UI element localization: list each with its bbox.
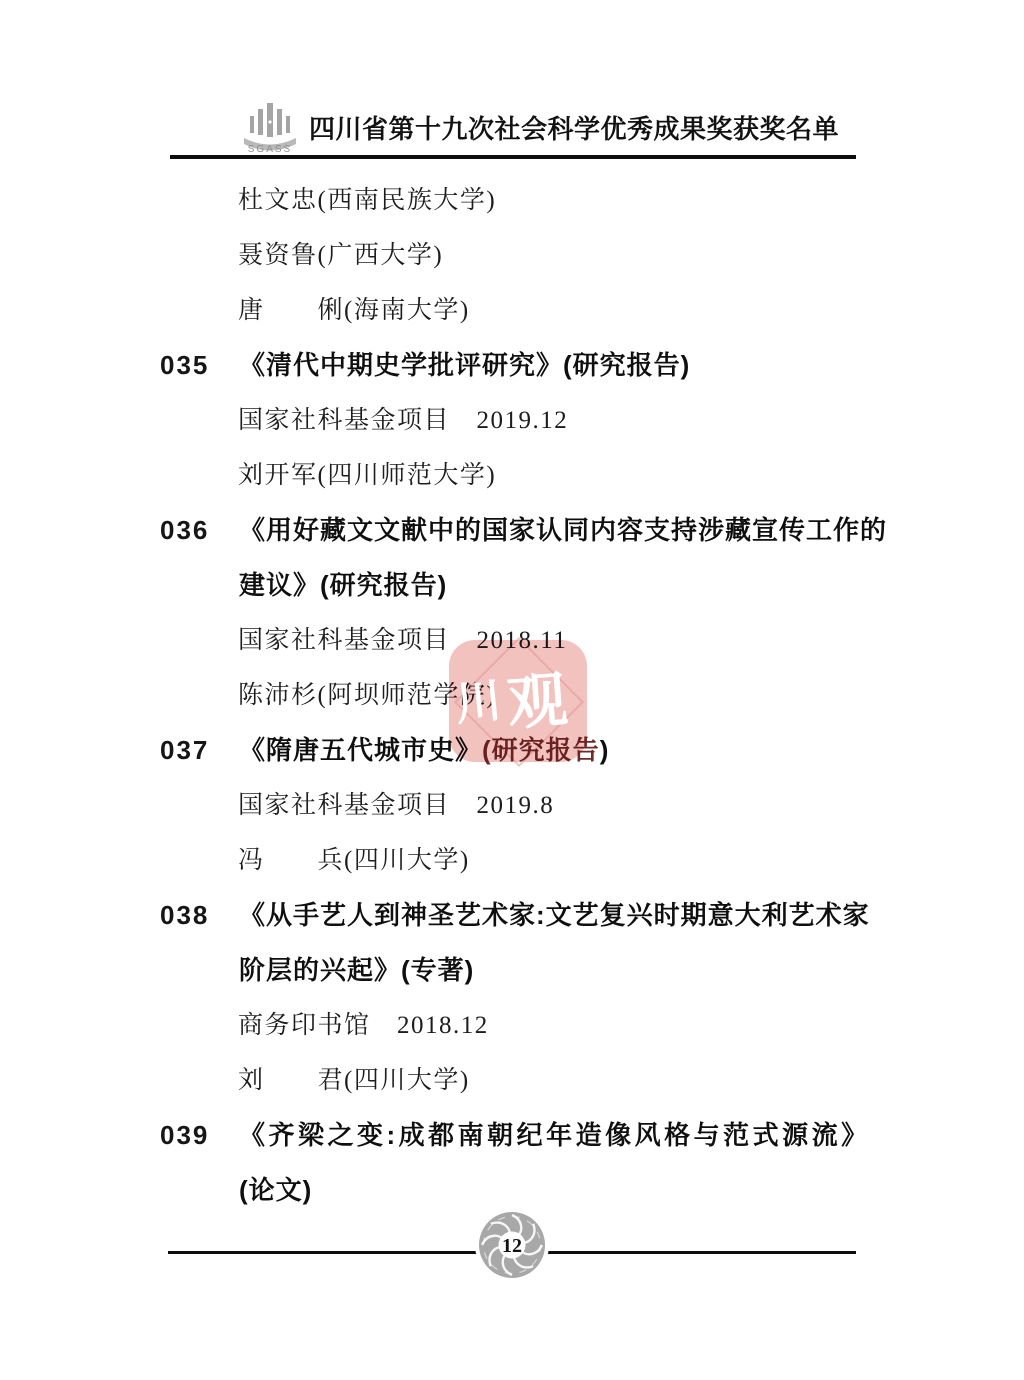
list-item: 杜文忠(西南民族大学) [0,173,1024,228]
entry-title-line2: (论文) [239,1163,312,1218]
entry-title-row: 039 《齐梁之变:成都南朝纪年造像风格与范式源流》 [0,1108,1024,1163]
entry-source: 国家社科基金项目 2019.8 [238,778,554,833]
chuanguan-watermark [449,640,587,762]
entry-winner-row: 刘开军(四川师范大学) [0,448,1024,503]
winner-name: 冯 兵(四川大学) [238,833,470,888]
list-item: 聂资鲁(广西大学) [0,228,1024,283]
entry-source: 国家社科基金项目 2019.12 [238,393,568,448]
entry-winner-row: 刘 君(四川大学) [0,1053,1024,1108]
page-title: 四川省第十九次社会科学优秀成果奖获奖名单 [309,101,839,157]
entry-title-row: 035 《清代中期史学批评研究》(研究报告) [0,338,1024,393]
entry-title-line2: 建议》(研究报告) [239,558,447,613]
winner-name: 刘开军(四川师范大学) [238,448,496,503]
winner-name: 刘 君(四川大学) [238,1053,470,1108]
page-number: 12 [502,1235,522,1257]
sunbird-page-emblem-icon: 12 [472,1205,552,1285]
winner-name: 聂资鲁(广西大学) [238,228,443,283]
entry-winner-row: 冯 兵(四川大学) [0,833,1024,888]
entry-source-row: 国家社科基金项目 2019.12 [0,393,1024,448]
entry-source-row: 商务印书馆 2018.12 [0,998,1024,1053]
entry-title-row: 036 《用好藏文文献中的国家认同内容支持涉藏宣传工作的 [0,503,1024,558]
page: { "page": {"background": "#ffffff", "num… [0,0,1024,1380]
entry-title: 《清代中期史学批评研究》(研究报告) [239,338,690,393]
entry-number: 038 [160,888,209,943]
entry-title-main: 《隋唐五代城市史》 [239,735,482,765]
entry-title-tail: ) [600,735,610,765]
winner-name: 唐 俐(海南大学) [238,283,470,338]
entry-number: 036 [160,503,209,558]
header-divider [170,155,856,159]
entry-title-row: 建议》(研究报告) [0,558,1024,613]
entry-number: 039 [160,1108,209,1163]
entry-source-row: 国家社科基金项目 2019.8 [0,778,1024,833]
entry-title-line2: 阶层的兴起》(专著) [239,943,474,998]
entry-number: 035 [160,338,209,393]
entry-title-line1: 《齐梁之变:成都南朝纪年造像风格与范式源流》 [239,1108,871,1163]
entry-title-row: 038 《从手艺人到神圣艺术家:文艺复兴时期意大利艺术家 [0,888,1024,943]
entry-number: 037 [160,723,209,778]
sgass-logo-label: SGASS [236,144,304,155]
entry-title-row: 阶层的兴起》(专著) [0,943,1024,998]
entry-title-line1: 《用好藏文文献中的国家认同内容支持涉藏宣传工作的 [239,503,887,558]
entry-source: 商务印书馆 2018.12 [238,998,489,1053]
winner-name: 杜文忠(西南民族大学) [238,173,496,228]
watermark-diamond [454,637,584,767]
list-item: 唐 俐(海南大学) [0,283,1024,338]
entry-title-line1: 《从手艺人到神圣艺术家:文艺复兴时期意大利艺术家 [239,888,870,943]
